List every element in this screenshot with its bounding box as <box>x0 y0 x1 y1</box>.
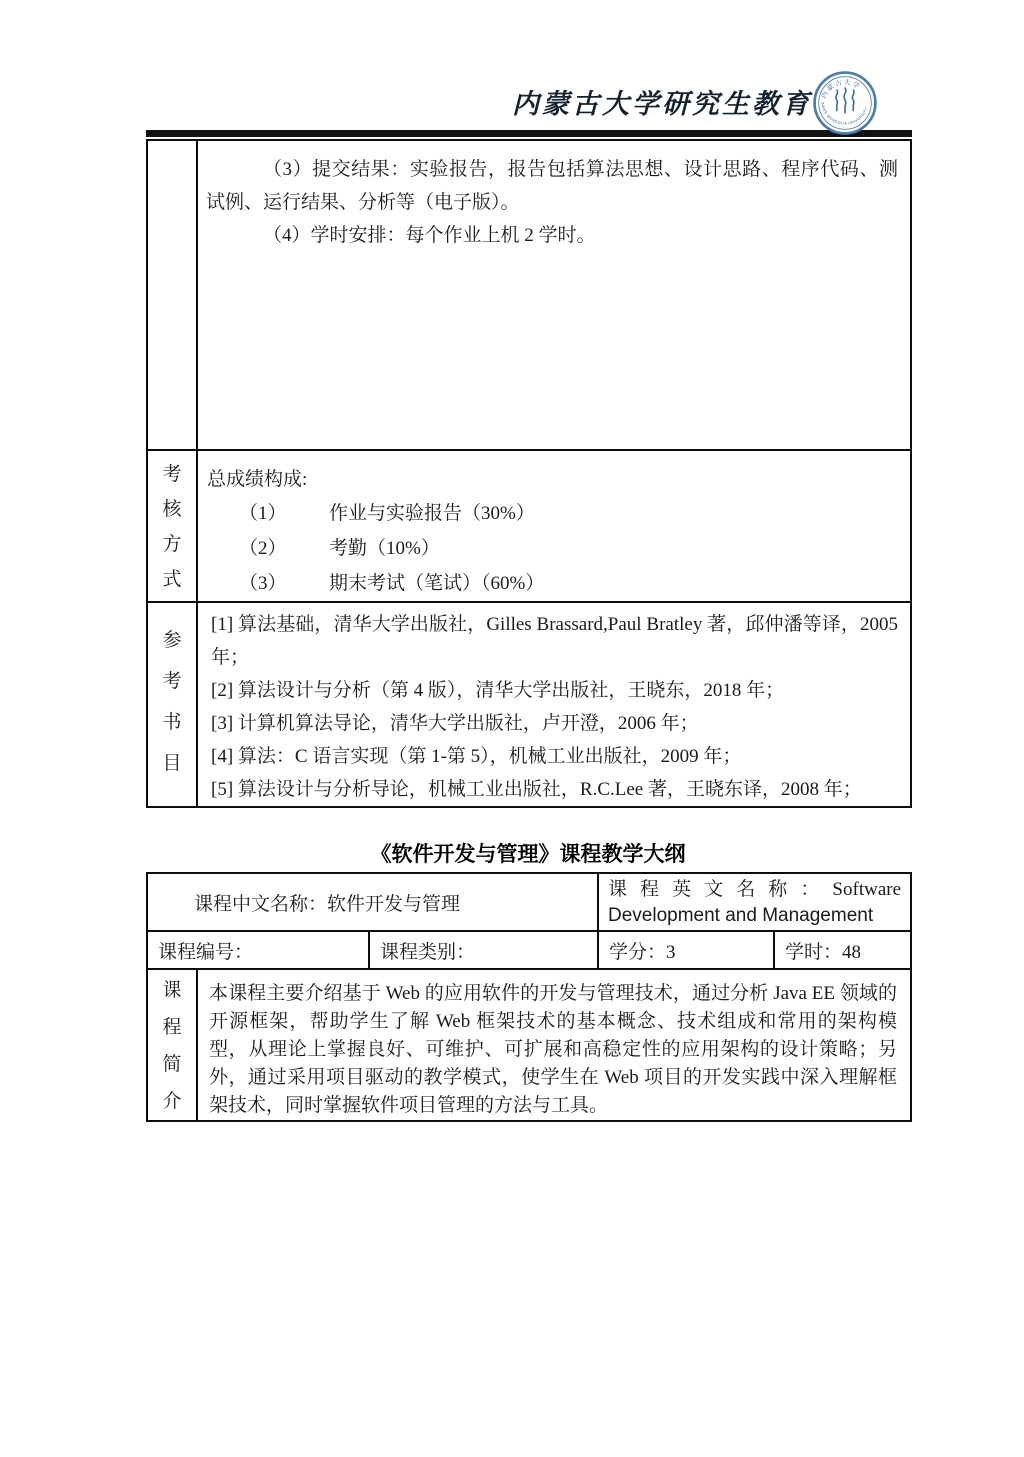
course-intro-text: 本课程主要介绍基于 Web 的应用软件的开发与管理技术，通过分析 Java EE… <box>209 980 897 1120</box>
reference-item: [4] 算法：C 语言实现（第 1-第 5），机械工业出版社，2009 年； <box>211 740 898 773</box>
item-text: 考勤（10%） <box>329 538 440 559</box>
reference-item: [2] 算法设计与分析（第 4 版），清华大学出版社，王晓东，2018 年； <box>211 674 898 707</box>
assessment-method-cell: 总成绩构成: （1）作业与实验报告（30%） （2）考勤（10%） （3）期末考… <box>197 450 911 602</box>
hours-value: 48 <box>842 942 861 963</box>
course-intro-cell: 本课程主要介绍基于 Web 的应用软件的开发与管理技术，通过分析 Java EE… <box>197 969 911 1121</box>
course-category-cell: 课程类别： <box>369 931 598 969</box>
document-page: { "header": { "brand_text": "内蒙古大学研究生教育"… <box>0 0 1024 1457</box>
university-seal-icon: 内蒙古大学 INNER MONGOLIA UNIVERSITY <box>812 70 878 136</box>
assessment-item: （3）期末考试（笔试）（60%） <box>198 566 898 601</box>
table-row: 课程编号： 课程类别： 学分：3 学时：48 <box>147 931 911 969</box>
syllabus-table-continued: （3）提交结果：实验报告，报告包括算法思想、设计思路、程序代码、测试例、运行结果… <box>146 139 912 808</box>
item-number: （2） <box>239 531 329 566</box>
paragraph: （3）提交结果：实验报告，报告包括算法思想、设计思路、程序代码、测试例、运行结果… <box>206 153 898 219</box>
hours-cell: 学时：48 <box>774 931 911 969</box>
assessment-item: （2）考勤（10%） <box>198 531 898 566</box>
course-outline-title: 《软件开发与管理》课程教学大纲 <box>146 838 910 868</box>
english-name-line2: Development and Management <box>608 903 901 929</box>
experiment-requirements-cell: （3）提交结果：实验报告，报告包括算法思想、设计思路、程序代码、测试例、运行结果… <box>197 140 911 450</box>
references-cell: [1] 算法基础，清华大学出版社，Gilles Brassard,Paul Br… <box>197 602 911 807</box>
row-label-assessment-method: 考核方式 <box>147 450 197 602</box>
item-text: 作业与实验报告（30%） <box>329 503 535 524</box>
reference-item: [1] 算法基础，清华大学出版社，Gilles Brassard,Paul Br… <box>211 608 898 674</box>
course-info-table: 课程中文名称：软件开发与管理 课 程 英 文 名 称 ： Software De… <box>146 872 912 1122</box>
course-english-name-cell: 课 程 英 文 名 称 ： Software Development and M… <box>598 873 911 931</box>
course-category-label: 课程类别： <box>380 942 475 963</box>
hours-label: 学时： <box>785 942 842 963</box>
header-divider-rule <box>146 130 912 137</box>
english-name-line1: 课 程 英 文 名 称 ： Software <box>608 877 901 903</box>
row-label-course-intro: 课程简介 <box>147 969 197 1121</box>
table-row: 课程中文名称：软件开发与管理 课 程 英 文 名 称 ： Software De… <box>147 873 911 931</box>
course-chinese-name-cell: 课程中文名称：软件开发与管理 <box>147 873 598 931</box>
course-number-cell: 课程编号： <box>147 931 369 969</box>
grade-composition-heading: 总成绩构成: <box>198 463 898 496</box>
item-number: （1） <box>239 496 329 531</box>
university-brand-text: 内蒙古大学研究生教育 <box>0 82 812 121</box>
item-number: （3） <box>239 566 329 601</box>
vertical-label: 课程简介 <box>148 970 196 1118</box>
row-label-empty <box>147 140 197 450</box>
reference-item: [3] 计算机算法导论，清华大学出版社，卢开澄，2006 年； <box>211 707 898 740</box>
vertical-label: 考核方式 <box>148 451 196 599</box>
table-row: 课程简介 本课程主要介绍基于 Web 的应用软件的开发与管理技术，通过分析 Ja… <box>147 969 911 1121</box>
table-row: （3）提交结果：实验报告，报告包括算法思想、设计思路、程序代码、测试例、运行结果… <box>147 140 911 450</box>
assessment-item: （1）作业与实验报告（30%） <box>198 496 898 531</box>
vertical-label: 参考书目 <box>148 603 196 797</box>
credits-value: 3 <box>666 942 676 963</box>
credits-cell: 学分：3 <box>598 931 774 969</box>
course-number-label: 课程编号： <box>158 942 253 963</box>
reference-item: [5] 算法设计与分析导论，机械工业出版社，R.C.Lee 著，王晓东译，200… <box>211 773 898 806</box>
item-text: 期末考试（笔试）（60%） <box>329 573 544 594</box>
table-row: 参考书目 [1] 算法基础，清华大学出版社，Gilles Brassard,Pa… <box>147 602 911 807</box>
credits-label: 学分： <box>609 942 666 963</box>
table-row: 考核方式 总成绩构成: （1）作业与实验报告（30%） （2）考勤（10%） （… <box>147 450 911 602</box>
paragraph: （4）学时安排：每个作业上机 2 学时。 <box>206 219 898 252</box>
row-label-references: 参考书目 <box>147 602 197 807</box>
